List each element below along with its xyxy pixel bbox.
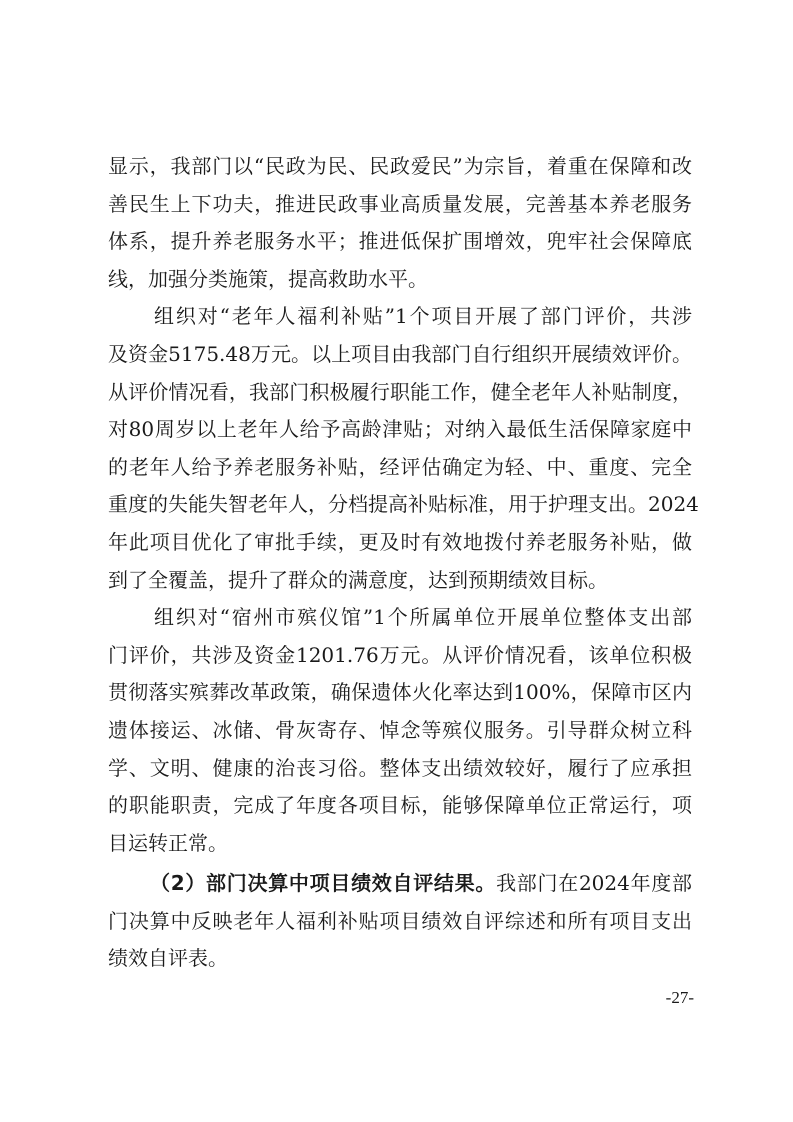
text-line: 显示，我部门以“民政为民、民政爱民”为宗旨，着重在保障和改	[108, 148, 692, 186]
text-line: 重度的失能失智老年人，分档提高补贴标准，用于护理支出。2024	[108, 486, 692, 524]
text-line: 从评价情况看，我部门积极履行职能工作，健全老年人补贴制度，	[108, 374, 692, 412]
text-line: 绩效自评表。	[108, 940, 692, 978]
text-line: 门决算中反映老年人福利补贴项目绩效自评综述和所有项目支出	[108, 903, 692, 941]
text-line: 门评价，共涉及资金1201.76万元。从评价情况看，该单位积极	[108, 637, 692, 675]
text-line: 遗体接运、冰储、骨灰寄存、悼念等殡仪服务。引导群众树立科	[108, 712, 692, 750]
text-line: （2）部门决算中项目绩效自评结果。我部门在2024年度部	[108, 865, 692, 903]
text-line: 目运转正常。	[108, 825, 692, 863]
document-body: 显示，我部门以“民政为民、民政爱民”为宗旨，着重在保障和改 善民生上下功夫，推进…	[108, 148, 692, 978]
paragraph-funeral-home-evaluation: 组织对“宿州市殡仪馆”1个所属单位开展单位整体支出部 门评价，共涉及资金1201…	[108, 599, 692, 862]
text-line: 的老年人给予养老服务补贴，经评估确定为轻、中、重度、完全	[108, 449, 692, 487]
text-line: 体系，提升养老服务水平；推进低保扩围增效，兜牢社会保障底	[108, 223, 692, 261]
paragraph-mission-statement: 显示，我部门以“民政为民、民政爱民”为宗旨，着重在保障和改 善民生上下功夫，推进…	[108, 148, 692, 298]
page-number: -27-	[650, 988, 694, 1008]
text-line: 年此项目优化了审批手续，更及时有效地拨付养老服务补贴，做	[108, 524, 692, 562]
paragraph-self-evaluation-results: （2）部门决算中项目绩效自评结果。我部门在2024年度部 门决算中反映老年人福利…	[108, 865, 692, 978]
text-line: 线，加强分类施策，提高救助水平。	[108, 261, 692, 299]
text-line: 到了全覆盖，提升了群众的满意度，达到预期绩效目标。	[108, 562, 692, 600]
text-line: 对80周岁以上老年人给予高龄津贴；对纳入最低生活保障家庭中	[108, 411, 692, 449]
text-line: 贯彻落实殡葬改革政策，确保遗体火化率达到100%，保障市区内	[108, 674, 692, 712]
section-heading: （2）部门决算中项目绩效自评结果。	[150, 871, 496, 895]
text-line: 善民生上下功夫，推进民政事业高质量发展，完善基本养老服务	[108, 186, 692, 224]
paragraph-elderly-subsidy-evaluation: 组织对“老年人福利补贴”1个项目开展了部门评价，共涉 及资金5175.48万元。…	[108, 298, 692, 599]
heading-continuation-text: 我部门在2024年度部	[496, 871, 692, 895]
text-line: 及资金5175.48万元。以上项目由我部门自行组织开展绩效评价。	[108, 336, 692, 374]
document-page: 显示，我部门以“民政为民、民政爱民”为宗旨，着重在保障和改 善民生上下功夫，推进…	[0, 0, 793, 1122]
text-line: 组织对“老年人福利补贴”1个项目开展了部门评价，共涉	[108, 298, 692, 336]
text-line: 学、文明、健康的治丧习俗。整体支出绩效较好，履行了应承担	[108, 750, 692, 788]
text-line: 组织对“宿州市殡仪馆”1个所属单位开展单位整体支出部	[108, 599, 692, 637]
text-line: 的职能职责，完成了年度各项目标，能够保障单位正常运行，项	[108, 787, 692, 825]
